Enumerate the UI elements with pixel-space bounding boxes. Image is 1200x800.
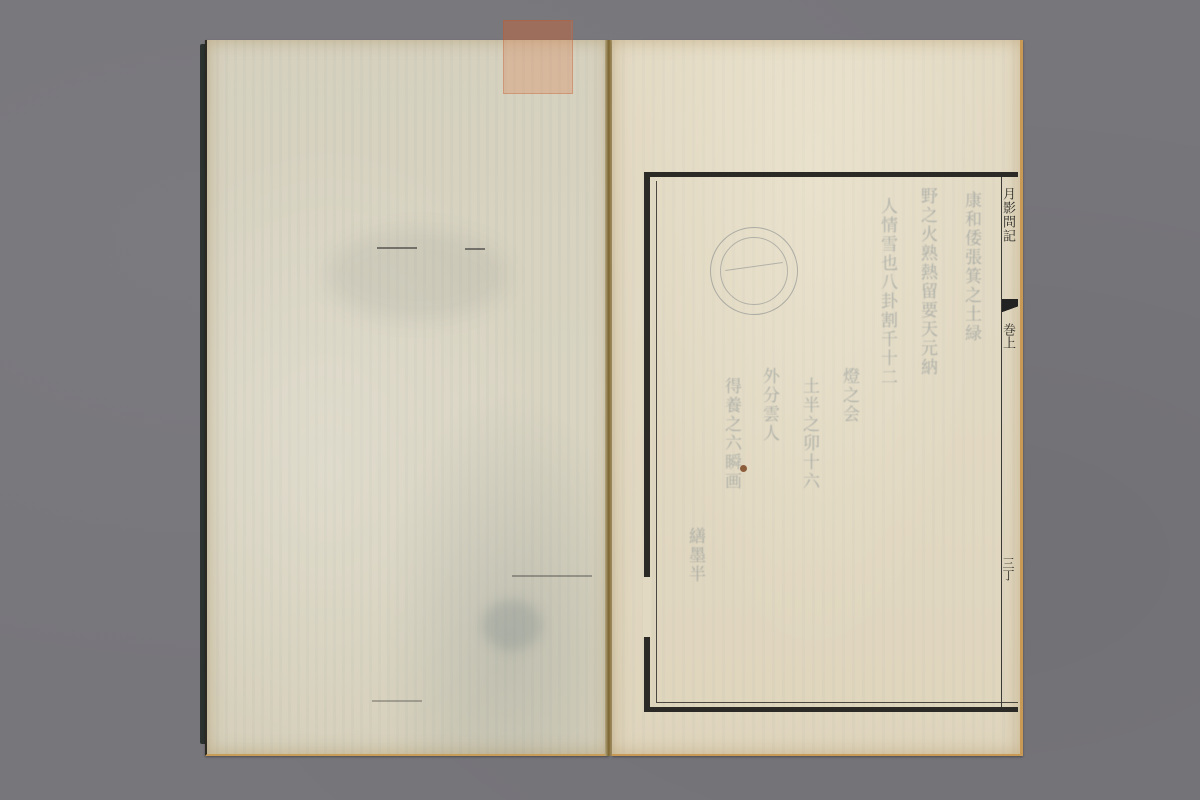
red-seal-stamp — [503, 20, 573, 94]
book-title: 月影問記 — [1002, 187, 1017, 243]
bleed-text-column: 土半之卯十六 — [800, 377, 818, 491]
print-frame: 月影問記 巻上 三丁 康和倭張箕之土緑 野之火熟熱留要天元納 人情雪也八卦割千十… — [644, 172, 1018, 712]
ink-speck — [465, 248, 485, 250]
ink-speck — [372, 700, 422, 702]
brown-stain — [740, 465, 747, 472]
ink-speck — [377, 247, 417, 249]
volume-text: 巻 — [1000, 323, 1015, 336]
open-book: 月影問記 巻上 三丁 康和倭張箕之土緑 野之火熟熱留要天元納 人情雪也八卦割千十… — [200, 40, 1025, 758]
bleed-text-column: 外分雲人 — [760, 367, 778, 443]
bleed-text-column: 得養之六瞬画 — [722, 377, 740, 491]
left-page — [205, 40, 609, 756]
bleed-text-column: 人情雪也八卦割千十二 — [878, 197, 896, 387]
bleed-text-column: 康和倭張箕之土緑 — [962, 191, 980, 343]
volume-mark: 上 — [1000, 336, 1015, 349]
page-number: 三丁 — [1002, 557, 1017, 581]
inner-border-line — [656, 702, 1018, 703]
bleed-text-column: 野之火熟熱留要天元納 — [918, 187, 936, 377]
ink-smudge — [327, 230, 507, 320]
right-page: 月影問記 巻上 三丁 康和倭張箕之土緑 野之火熟熱留要天元納 人情雪也八卦割千十… — [612, 40, 1023, 756]
inner-border-line — [656, 181, 657, 703]
volume-label: 巻上 — [1002, 323, 1017, 349]
bleed-text-column: 燈之会 — [840, 367, 858, 424]
bleed-text-column: 繕墨半 — [686, 527, 704, 584]
ink-speck — [512, 575, 592, 577]
center-fold-line — [1001, 177, 1002, 707]
ink-smudge — [482, 600, 542, 650]
frame-gap — [643, 577, 651, 637]
circle-diagram-bleed — [710, 227, 798, 315]
fish-tail-mark — [1002, 299, 1018, 317]
